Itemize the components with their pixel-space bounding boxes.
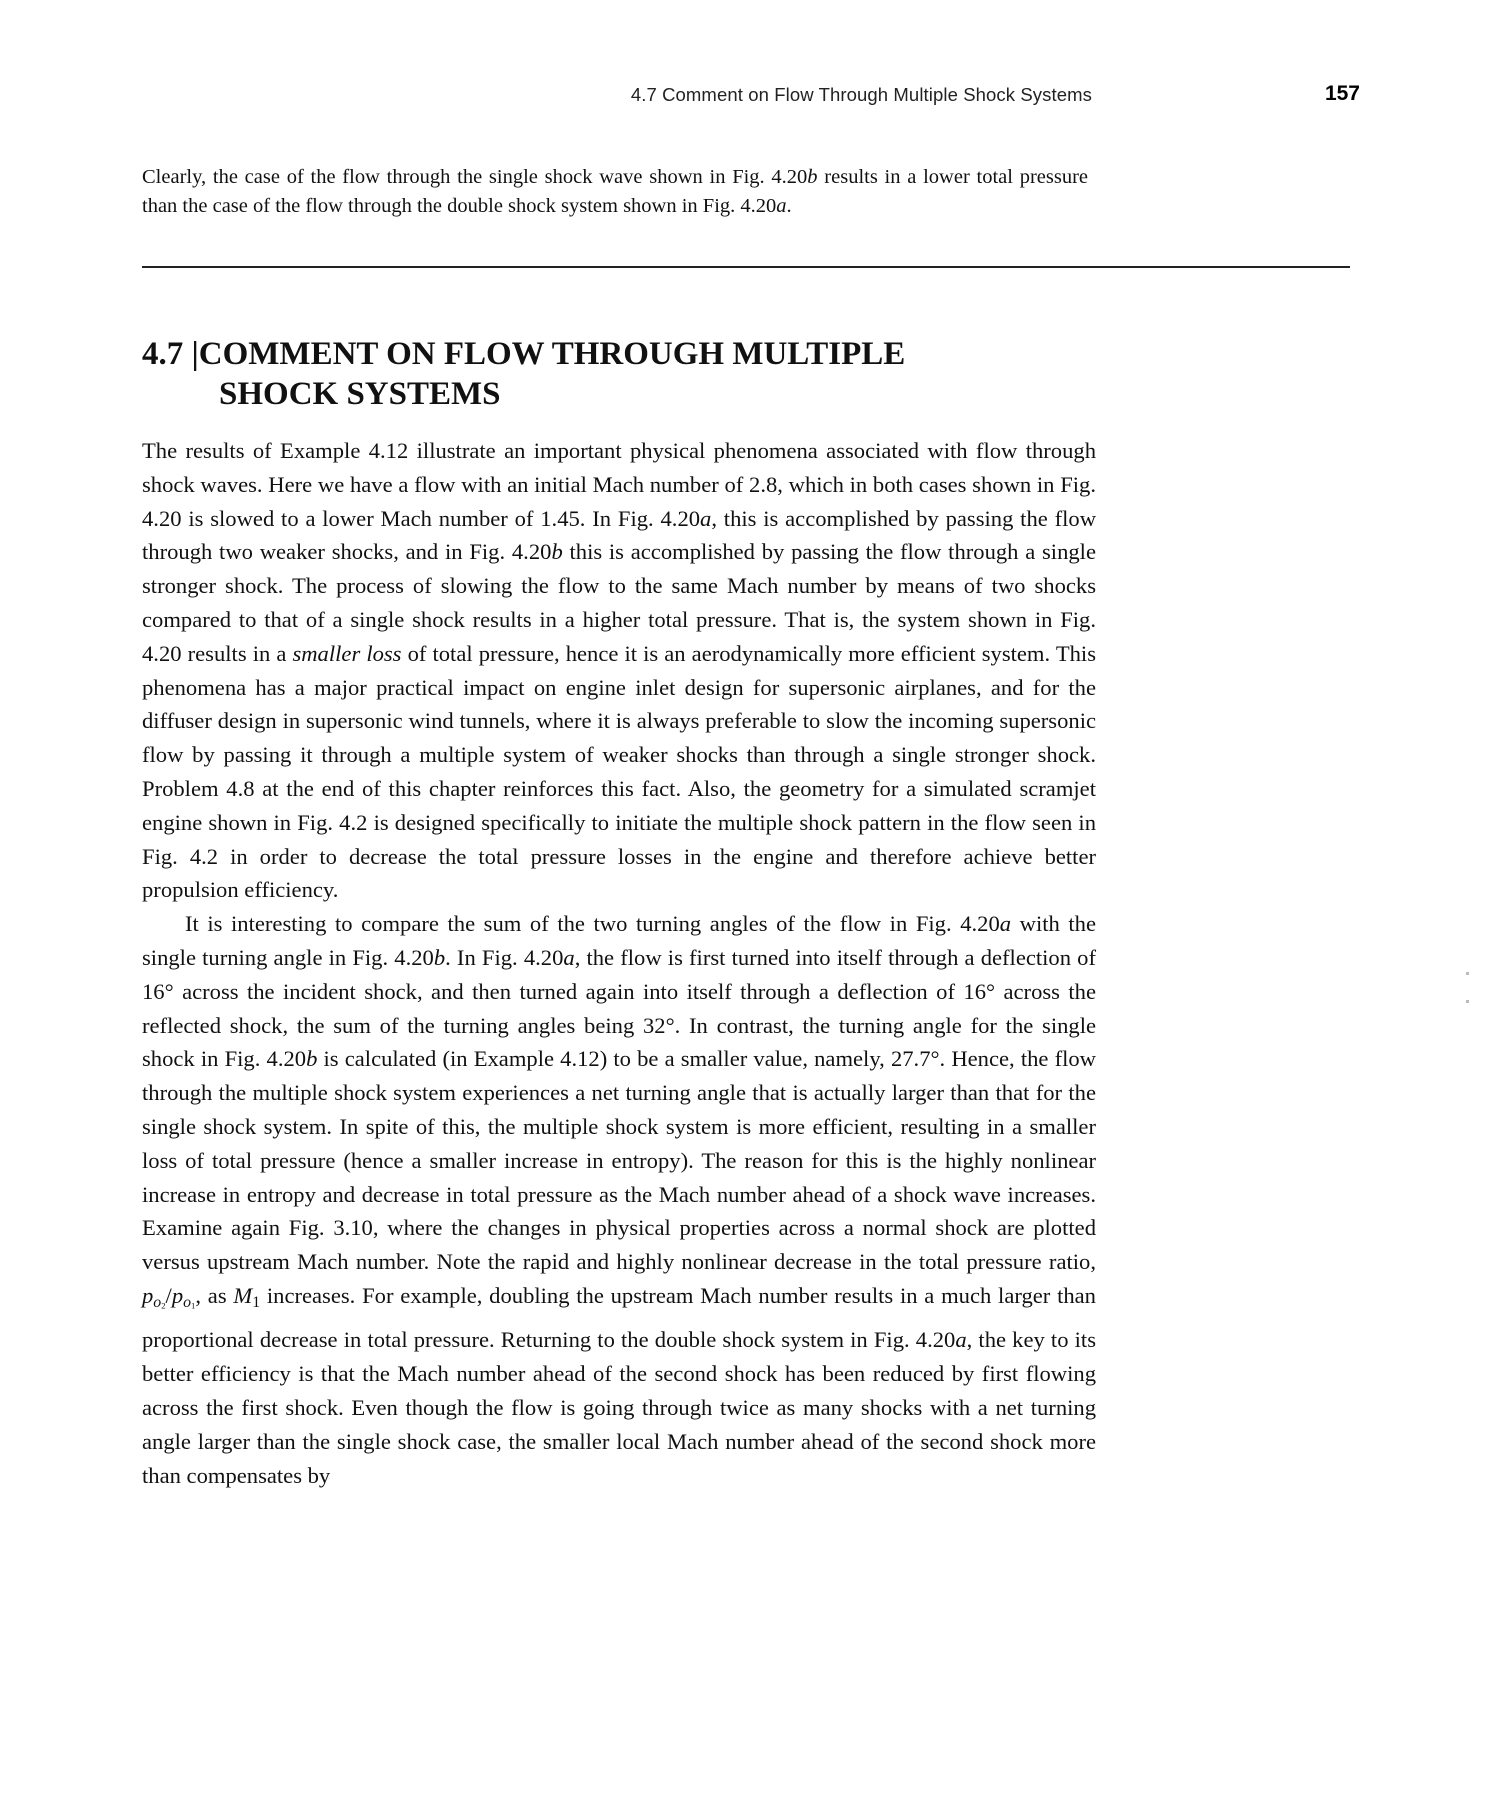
book-page: 4.7 Comment on Flow Through Multiple Sho… <box>0 0 1501 1800</box>
section-body: The results of Example 4.12 illustrate a… <box>142 434 1096 1492</box>
example-end-divider <box>142 266 1350 268</box>
body-paragraph-2: It is interesting to compare the sum of … <box>142 907 1096 1492</box>
example-conclusion-paragraph: Clearly, the case of the flow through th… <box>142 163 1088 221</box>
section-heading: 4.7 | COMMENT ON FLOW THROUGH MULTIPLE S… <box>142 334 1102 414</box>
scan-speck <box>1466 972 1469 975</box>
section-number: 4.7 | <box>142 334 199 374</box>
section-title-line2: SHOCK SYSTEMS <box>142 374 1102 414</box>
emphasis-smaller-loss: smaller loss <box>292 641 401 666</box>
upstream-mach-math: M1 <box>233 1283 260 1308</box>
scan-speck <box>1466 1000 1469 1003</box>
total-pressure-ratio-math: po2/po1 <box>142 1283 195 1308</box>
section-title-line1: COMMENT ON FLOW THROUGH MULTIPLE <box>199 336 906 372</box>
body-paragraph-1: The results of Example 4.12 illustrate a… <box>142 434 1096 907</box>
page-number: 157 <box>1290 82 1360 106</box>
running-header-title: 4.7 Comment on Flow Through Multiple Sho… <box>0 84 1092 106</box>
